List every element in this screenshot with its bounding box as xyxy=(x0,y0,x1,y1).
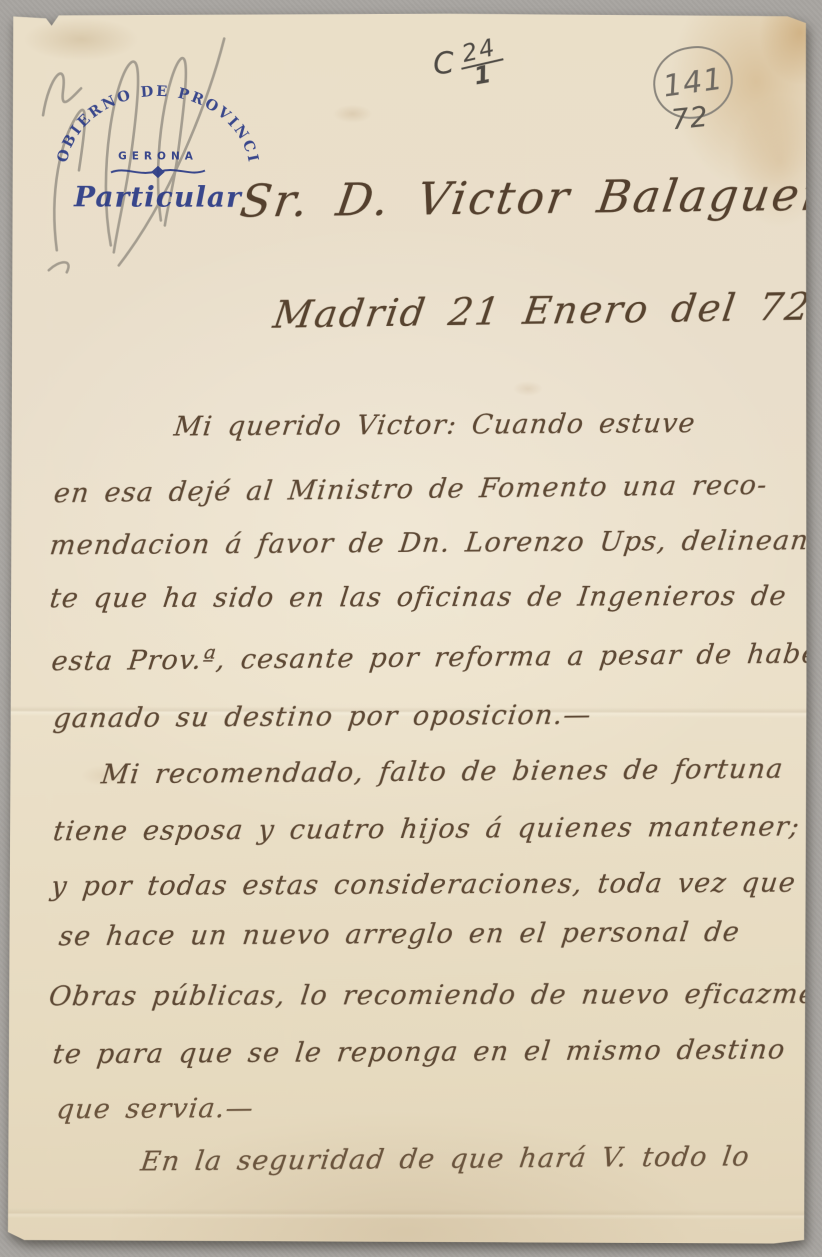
body-line: y por todas estas consideraciones, toda … xyxy=(49,868,797,903)
body-line: te que ha sido en las oficinas de Ingeni… xyxy=(48,581,789,614)
paper-fold-notch xyxy=(42,10,56,17)
body-line: en esa dejé al Ministro de Fomento una r… xyxy=(52,470,769,509)
date-line: Madrid 21 Enero del 72.— xyxy=(271,284,822,337)
recipient-line: Sr. D. Victor Balaguer.— xyxy=(237,167,822,228)
manuscript-paper: GOBIERNO DE PROVINCIA GERONA Particular … xyxy=(7,12,809,1245)
body-line: mendacion á favor de Dn. Lorenzo Ups, de… xyxy=(48,525,821,561)
body-line: Obras públicas, lo recomiendo de nuevo e… xyxy=(47,979,822,1012)
classification-mark: C241 xyxy=(432,39,504,90)
paper-sheet: GOBIERNO DE PROVINCIA GERONA Particular … xyxy=(7,12,809,1245)
body-line: esta Prov.ª, cesante por reforma a pesar… xyxy=(50,638,822,677)
body-line: que servia.— xyxy=(55,1093,256,1125)
scanned-letter-page: { "page": { "background_color": "#a8a5a1… xyxy=(0,0,822,1257)
body-line: ganado su destino por oposicion.— xyxy=(52,700,594,735)
body-line: Mi querido Victor: Cuando estuve xyxy=(172,408,697,442)
body-line: se hace un nuevo arreglo en el personal … xyxy=(57,917,742,953)
folio-year-number: 72 xyxy=(669,100,710,137)
classification-prefix: C xyxy=(432,46,457,82)
horizontal-fold-crease-bottom xyxy=(7,1208,806,1220)
stamp-place-text: GERONA xyxy=(118,150,198,162)
stamp-subtitle-text: Particular xyxy=(73,180,243,213)
body-line: En la seguridad de que hará V. todo lo xyxy=(139,1141,752,1177)
body-line: Mi recomendado, falto de bienes de fortu… xyxy=(100,754,786,791)
stamp-flourish-divider xyxy=(111,166,205,177)
body-line: te para que se le reponga en el mismo de… xyxy=(51,1034,787,1070)
body-line: tiene esposa y cuatro hijos á quienes ma… xyxy=(52,811,802,847)
letterhead-stamp: GOBIERNO DE PROVINCIA GERONA Particular xyxy=(53,84,263,219)
